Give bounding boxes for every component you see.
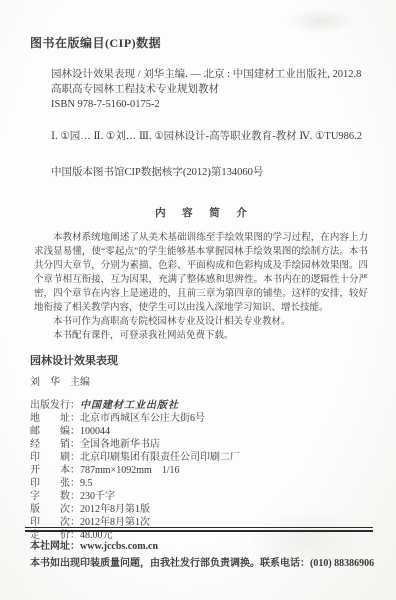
colophon-value: 北京印刷集团有限责任公司印刷二厂 bbox=[80, 452, 240, 463]
summary-paragraph: 本书可作为高职高专院校园林专业及设计相关专业教材。 bbox=[34, 315, 368, 329]
colophon-value: 2012年8月第1版 bbox=[80, 504, 150, 515]
colophon-list: 出版发行：中国建材工业出版社 地 址：北京市西城区车公庄大街6号 邮 编：100… bbox=[30, 399, 372, 542]
colophon-row-sheets: 印 张：9.5 bbox=[30, 477, 372, 490]
cip-classification: Ⅰ. ①园… Ⅱ. ①刘… Ⅲ. ①园林设计-高等职业教育-教材 Ⅳ. ①TU9… bbox=[30, 129, 372, 144]
colophon-row-format: 开 本：787mm×1092mm 1/16 bbox=[30, 464, 372, 477]
colophon-label: 印 刷： bbox=[30, 451, 80, 464]
cip-series: 高职高专园林工程技术专业规划教材 bbox=[30, 82, 372, 97]
colophon-row-edition: 版 次：2012年8月第1版 bbox=[30, 503, 372, 516]
colophon-row-publisher: 出版发行：中国建材工业出版社 bbox=[30, 399, 372, 412]
colophon-row-wordcount: 字 数：230千字 bbox=[30, 490, 372, 503]
quality-notice: 本书如出现印装质量问题，由我社发行部负责调换。联系电话：(010) 883869… bbox=[30, 555, 376, 572]
colophon-value: 230千字 bbox=[80, 491, 115, 502]
colophon-label: 邮 编： bbox=[30, 425, 80, 438]
colophon-value: 全国各地新华书店 bbox=[80, 439, 160, 450]
colophon-value: 北京市西城区车公庄大街6号 bbox=[80, 413, 205, 424]
colophon-row-distribution: 经 销：全国各地新华书店 bbox=[30, 438, 372, 451]
cip-record-number: 中国版本图书馆CIP数据核字(2012)第134060号 bbox=[30, 165, 372, 180]
publisher-logotype: 中国建材工业出版社 bbox=[80, 400, 179, 411]
publisher-website: 本社网址：www.jccbs.com.cn bbox=[30, 538, 376, 555]
cip-block: 图书在版编目(CIP)数据 园林设计效果表现 / 刘华主编. — 北京 : 中国… bbox=[30, 34, 372, 180]
book-title: 园林设计效果表现 bbox=[30, 352, 372, 368]
colophon-label: 印 张： bbox=[30, 477, 80, 490]
cip-header: 图书在版编目(CIP)数据 bbox=[30, 34, 372, 51]
cip-isbn: ISBN 978-7-5160-0175-2 bbox=[30, 97, 372, 112]
divider-rule bbox=[25, 527, 373, 532]
colophon-row-printing: 印 刷：北京印刷集团有限责任公司印刷二厂 bbox=[30, 451, 372, 464]
summary-paragraph: 本书配有课件，可登录我社网站免费下载。 bbox=[34, 329, 368, 343]
colophon-value: 787mm×1092mm 1/16 bbox=[80, 465, 180, 476]
colophon-row-postcode: 邮 编：100044 bbox=[30, 425, 372, 438]
colophon-label: 经 销： bbox=[30, 438, 80, 451]
scan-smudge bbox=[286, 8, 356, 34]
cip-citation: 园林设计效果表现 / 刘华主编. — 北京 : 中国建材工业出版社, 2012.… bbox=[30, 67, 372, 82]
colophon-value: 9.5 bbox=[80, 478, 93, 489]
colophon-label: 出版发行： bbox=[30, 399, 80, 412]
colophon-value: 100044 bbox=[80, 426, 110, 437]
book-copyright-page: 图书在版编目(CIP)数据 园林设计效果表现 / 刘华主编. — 北京 : 中国… bbox=[0, 0, 396, 600]
colophon-label: 地 址： bbox=[30, 412, 80, 425]
content-summary: 内 容 简 介 本教材系统地阐述了从美术基础训练至手绘效果图的学习过程，在内容上… bbox=[34, 205, 368, 343]
colophon-block: 园林设计效果表现 刘 华 主编 出版发行：中国建材工业出版社 地 址：北京市西城… bbox=[30, 352, 372, 542]
book-editor: 刘 华 主编 bbox=[30, 373, 372, 388]
summary-title: 内 容 简 介 bbox=[34, 205, 368, 220]
colophon-label: 开 本： bbox=[30, 464, 80, 477]
footer-block: 本社网址：www.jccbs.com.cn 本书如出现印装质量问题，由我社发行部… bbox=[30, 538, 376, 572]
summary-paragraph: 本教材系统地阐述了从美术基础训练至手绘效果图的学习过程，在内容上力求浅显易懂，使… bbox=[34, 231, 368, 315]
colophon-label: 字 数： bbox=[30, 490, 80, 503]
colophon-row-address: 地 址：北京市西城区车公庄大街6号 bbox=[30, 412, 372, 425]
colophon-label: 版 次： bbox=[30, 503, 80, 516]
